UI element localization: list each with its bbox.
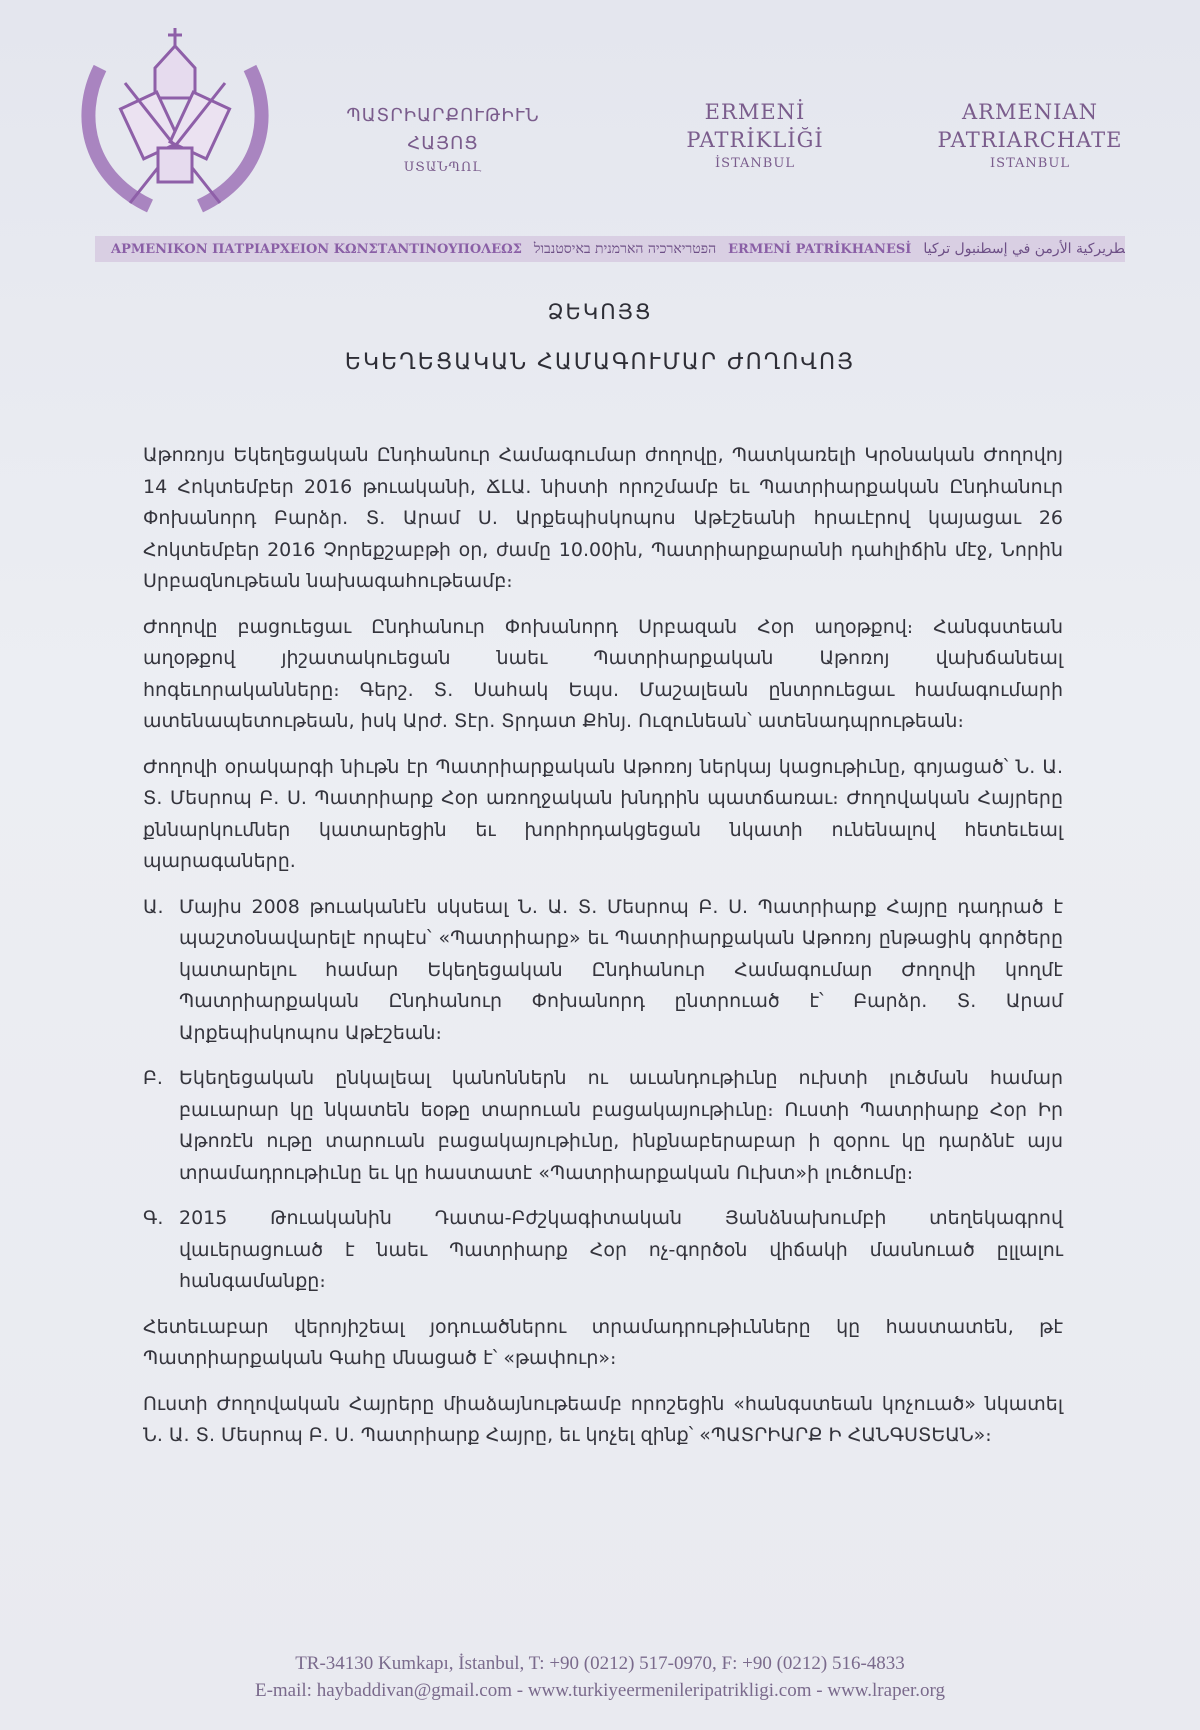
paragraph-1: Աթոռոյս Եկեղեցական Ընդհանուր Համագումար …	[143, 440, 1063, 598]
list-item-text: Եկեղեցական ընկալեալ կանոններն ու աւանդու…	[179, 1063, 1063, 1189]
letterhead-english: ARMENIAN PATRIARCHATE ISTANBUL	[900, 98, 1160, 174]
document-subtitle: ԵԿԵՂԵՑԱԿԱՆ ՀԱՄԱԳՈՒՄԱՐ ԺՈՂՈՎՈՅ	[0, 350, 1200, 375]
letterhead-turkish: ERMENİ PATRİKLİĞİ İSTANBUL	[650, 98, 860, 174]
list-item: Բ. Եկեղեցական ընկալեալ կանոններն ու աւան…	[143, 1063, 1063, 1189]
letterhead-turkish-line3: İSTANBUL	[650, 154, 860, 174]
letterhead-armenian: ՊԱՏՐԻԱՐՔՈՒԹԻՒՆ ՀԱՅՈՑ ՍՏԱՆՊՈԼ	[318, 102, 568, 178]
letterhead-armenian-line3: ՍՏԱՆՊՈԼ	[318, 158, 568, 178]
list-marker: Բ.	[143, 1063, 179, 1189]
paragraph-2: Ժողովը բացուեցաւ Ընդհանուր Փոխանորդ Սրբա…	[143, 612, 1063, 738]
document-title: ՁԵԿՈՅՑ	[0, 300, 1200, 324]
letterhead-armenian-line1: ՊԱՏՐԻԱՐՔՈՒԹԻՒՆ	[318, 102, 568, 130]
letterhead-armenian-line2: ՀԱՅՈՑ	[318, 130, 568, 158]
letter-body: Աթոռոյս Եկեղեցական Ընդհանուր Համագումար …	[143, 440, 1063, 1466]
footer-contacts: E-mail: haybaddivan@gmail.com - www.turk…	[0, 1677, 1200, 1704]
letter-page: ՊԱՏՐԻԱՐՔՈՒԹԻՒՆ ՀԱՅՈՑ ՍՏԱՆՊՈԼ ERMENİ PATR…	[0, 0, 1200, 1730]
letterhead-turkish-line2: PATRİKLİĞİ	[650, 126, 860, 154]
list-item-text: Մայիս 2008 թուականէն սկսեալ Ն. Ա. Տ. Մես…	[179, 892, 1063, 1050]
patriarchate-emblem-icon	[70, 28, 280, 213]
letterhead-english-line1: ARMENIAN	[900, 98, 1160, 126]
paragraph-4: Հետեւաբար վերոյիշեալ յօդուածներու տրամադ…	[143, 1312, 1063, 1375]
paragraph-3: Ժողովի օրակարգի նիւթն էր Պատրիարքական Աթ…	[143, 752, 1063, 878]
banner-greek: ΑΡΜΕΝΙΚΟΝ ΠΑΤΡΙΑΡΧΕΙΟΝ ΚΩΝΣΤΑΝΤΙΝΟΥΠΟΛΕΩ…	[105, 242, 528, 257]
list-item: Ա. Մայիս 2008 թուականէն սկսեալ Ն. Ա. Տ. …	[143, 892, 1063, 1050]
list-item-text: 2015 Թուականին Դատա-Բժշկագիտական Յանձնախ…	[179, 1203, 1063, 1298]
paragraph-5: Ուստի Ժողովական Հայրերը միաձայնութեամբ ո…	[143, 1389, 1063, 1452]
list-item: Գ. 2015 Թուականին Դատա-Բժշկագիտական Յանձ…	[143, 1203, 1063, 1298]
multilingual-banner: ΑΡΜΕΝΙΚΟΝ ΠΑΤΡΙΑΡΧΕΙΟΝ ΚΩΝΣΤΑΝΤΙΝΟΥΠΟΛΕΩ…	[95, 236, 1125, 262]
letterhead-english-line3: ISTANBUL	[900, 154, 1160, 174]
list-marker: Գ.	[143, 1203, 179, 1298]
banner-ottoman: ERMENİ PATRİKHANESİ	[722, 242, 917, 257]
letterhead-turkish-line1: ERMENİ	[650, 98, 860, 126]
banner-hebrew: הפטריארכיה הארמנית באיסטנבול	[528, 241, 722, 258]
footer-address: TR-34130 Kumkapı, İstanbul, T: +90 (0212…	[0, 1650, 1200, 1677]
letter-footer: TR-34130 Kumkapı, İstanbul, T: +90 (0212…	[0, 1650, 1200, 1704]
banner-arabic: بطريركية الأرمن في إسطنبول تركيا	[917, 241, 1125, 257]
letterhead-english-line2: PATRIARCHATE	[900, 126, 1160, 154]
list-marker: Ա.	[143, 892, 179, 1050]
